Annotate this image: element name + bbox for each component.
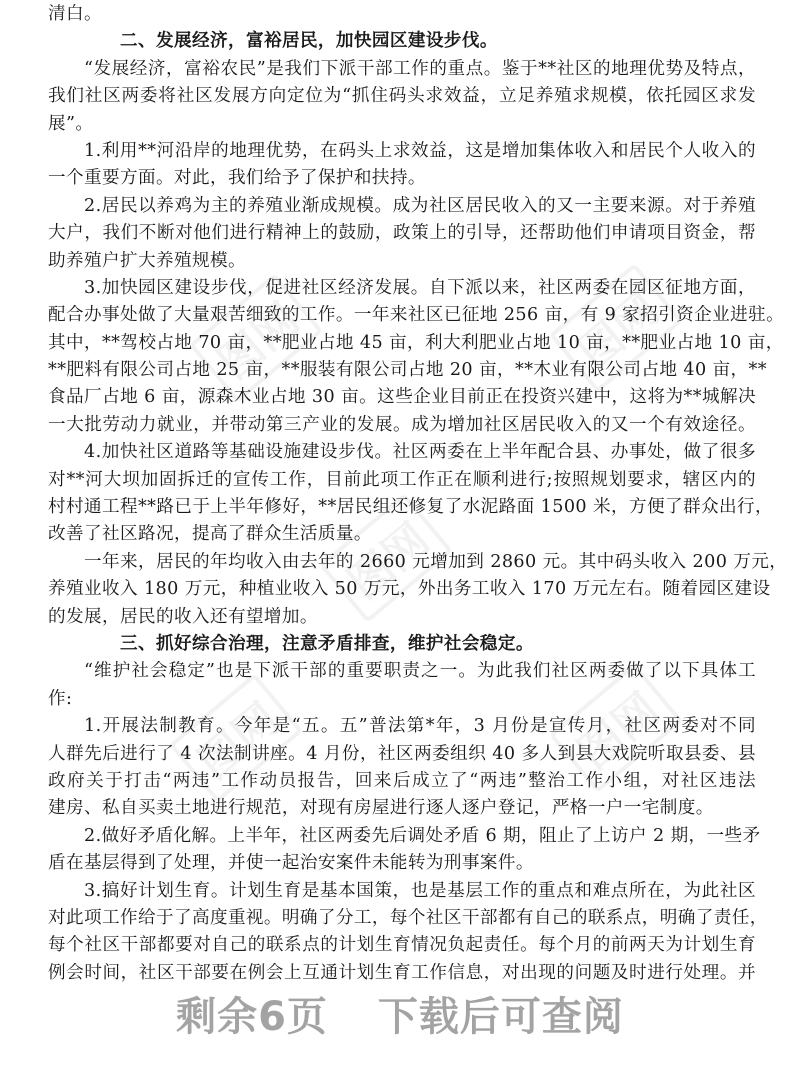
paragraph-line: 人群先后进行了 4 次法制讲座。4 月份，社区两委组织 40 多人到县大戏院听取… (48, 741, 756, 768)
paragraph-line: 每个社区干部都要对自己的联系点的计划生育情况负起责任。每个月的前两天为计划生育 (48, 932, 756, 959)
remaining-pages-label[interactable]: 剩余6页 (176, 985, 328, 1042)
download-banner[interactable]: 剩余6页下载后可查阅 (0, 985, 800, 1042)
paragraph-last-line: 一个重要方面。对此，我们给予了保护和扶持。 (48, 165, 756, 192)
paragraph-line: 食品厂占地 6 亩，源森木业占地 30 亩。这些企业目前正在投资兴建中，这将为*… (48, 384, 756, 411)
paragraph-last-line: 建房、私自买卖土地进行规范，对现有房屋进行逐人逐户登记，严格一户一宅制度。 (48, 795, 756, 822)
paragraph-line: 一大批劳动力就业，并带动第三产业的发展。成为增加社区居民收入的又一个有效途径。 (48, 412, 756, 439)
paragraph-first-line: 一年来，居民的年均收入由去年的 2660 元增加到 2860 元。其中码头收入 … (48, 549, 756, 576)
paragraph-first-line: 2.做好矛盾化解。上半年，社区两委先后调处矛盾 6 期，阻止了上访户 2 期，一… (48, 823, 756, 850)
paragraph-last-line: 助养殖户扩大养殖规模。 (48, 248, 756, 275)
paragraph-line: 对**河大坝加固拆迁的宣传工作，目前此项工作正在顺利进行;按照规划要求，辖区内的 (48, 467, 756, 494)
paragraph-last-line: 清白。 (48, 1, 756, 28)
paragraph-line: **肥料有限公司占地 25 亩，**服装有限公司占地 20 亩，**木业有限公司… (48, 357, 756, 384)
document-body: 清白。二、发展经济，富裕居民，加快园区建设步伐。“发展经济，富裕农民”是我们下派… (48, 1, 756, 987)
section-heading: 三、抓好综合治理，注意矛盾排查，维护社会稳定。 (48, 631, 756, 658)
paragraph-line: 我们社区两委将社区发展方向定位为“抓住码头求效益，立足养殖求规模，依托园区求发 (48, 83, 756, 110)
download-prompt-label[interactable]: 下载后可查阅 (378, 985, 624, 1042)
paragraph-last-line: 的发展，居民的收入还有望增加。 (48, 604, 756, 631)
paragraph-last-line: 展”。 (48, 111, 756, 138)
paragraph-line: 大户，我们不断对他们进行精神上的鼓励，政策上的引导，还帮助他们申请项目资金，帮 (48, 220, 756, 247)
paragraph-line: 其中，**驾校占地 70 亩，**肥业占地 45 亩，利大利肥业占地 10 亩，… (48, 330, 756, 357)
paragraph-first-line: 3.加快园区建设步伐，促进社区经济发展。自下派以来，社区两委在园区征地方面， (48, 275, 756, 302)
paragraph-first-line: 2.居民以养鸡为主的养殖业渐成规模。成为社区居民收入的又一主要来源。对于养殖 (48, 193, 756, 220)
paragraph-last-line: 盾在基层得到了处理，并使一起治安案件未能转为刑事案件。 (48, 850, 756, 877)
paragraph-first-line: “发展经济，富裕农民”是我们下派干部工作的重点。鉴于**社区的地理优势及特点， (48, 56, 756, 83)
paragraph-last-line: 作: (48, 686, 756, 713)
paragraph-line: 例会时间，社区干部要在例会上互通计划生育工作信息，对出现的问题及时进行处理。并 (48, 960, 756, 987)
paragraph-line: 养殖业收入 180 万元，种植业收入 50 万元，外出务工收入 170 万元左右… (48, 576, 756, 603)
paragraph-last-line: 改善了社区路况，提高了群众生活质量。 (48, 521, 756, 548)
paragraph-line: 政府关于打击“两违”工作动员报告，回来后成立了“两违”整治工作小组，对社区违法 (48, 768, 756, 795)
paragraph-first-line: 1.利用**河沿岸的地理优势，在码头上求效益，这是增加集体收入和居民个人收入的 (48, 138, 756, 165)
paragraph-first-line: 3.搞好计划生育。计划生育是基本国策，也是基层工作的重点和难点所在，为此社区 (48, 878, 756, 905)
paragraph-line: 配合办事处做了大量艰苦细致的工作。一年来社区已征地 256 亩，有 9 家招引资… (48, 302, 756, 329)
document-page: 图网 图网 图网 图网 图网 清白。二、发展经济，富裕居民，加快园区建设步伐。“… (0, 0, 800, 1086)
paragraph-first-line: 4.加快社区道路等基础设施建设步伐。社区两委在上半年配合县、办事处，做了很多 (48, 439, 756, 466)
paragraph-line: 村村通工程**路已于上半年修好，**居民组还修复了水泥路面 1500 米，方便了… (48, 494, 756, 521)
paragraph-first-line: 1.开展法制教育。今年是“五。五”普法第*年，3 月份是宣传月，社区两委对不同 (48, 713, 756, 740)
paragraph-line: 对此项工作给于了高度重视。明确了分工，每个社区干部都有自己的联系点，明确了责任， (48, 905, 756, 932)
paragraph-first-line: “维护社会稳定”也是下派干部的重要职责之一。为此我们社区两委做了以下具体工 (48, 658, 756, 685)
section-heading: 二、发展经济，富裕居民，加快园区建设步伐。 (48, 28, 756, 55)
